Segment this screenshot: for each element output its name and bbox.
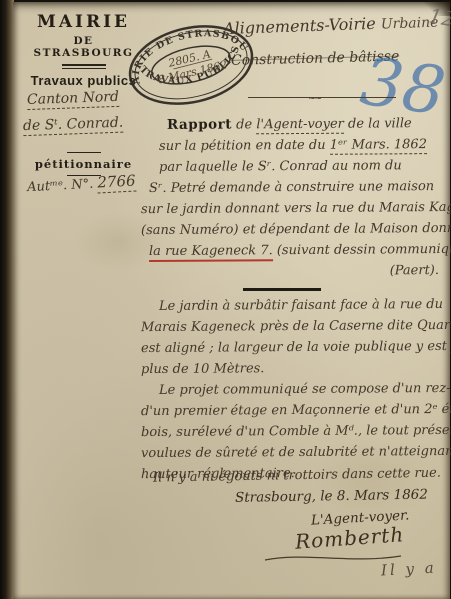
report-line: d'un premier étage en Maçonnerie et d'un…: [141, 399, 451, 422]
report-line: Marais Kageneck près de la Caserne dite …: [141, 315, 451, 338]
canton-value: Canton Nord: [27, 89, 120, 110]
petitioner-name: de Sᵗ. Conrad.: [23, 114, 145, 134]
report-body: Rapport de l'Agent-voyer de la ville sur…: [141, 114, 451, 484]
report-line: sur la pétition en date du 1ᵉʳ Mars. 186…: [141, 134, 451, 157]
report-line: (Paert).: [141, 260, 451, 283]
report-line: plus de 10 Mètres.: [141, 357, 451, 380]
report-line: Rapport de l'Agent-voyer de la ville: [141, 113, 451, 136]
report-line: (sans Numéro) et dépendant de la Maison …: [141, 218, 451, 241]
petitioner-label: pétitionnaire: [21, 157, 146, 171]
document-page: MAIRIE DE STRASBOURG Travaux publics Can…: [13, 2, 450, 599]
report-line: bois, surélevé d'un Comble à Mᵈ., le tou…: [141, 420, 451, 443]
header-divider: ~~: [248, 94, 396, 100]
letterhead-rule: [62, 64, 106, 69]
canton-field: Canton Nord: [27, 88, 145, 108]
bottom-margin-note: Il y a: [381, 559, 438, 580]
letterhead-title: MAIRIE: [21, 12, 146, 32]
report-line: Le jardin à surbâtir faisant face à la r…: [141, 294, 451, 317]
section-divider: [243, 288, 321, 291]
auth-label: Autᵐᵉ. N°.: [27, 177, 94, 195]
scan-binding-edge: [0, 0, 14, 599]
rule: [67, 152, 101, 153]
divider-line: [248, 97, 396, 98]
divider-squiggle: ~~: [308, 94, 321, 104]
report-line: par laquelle le Sʳ. Conrad au nom du: [141, 155, 451, 178]
dateline: Strasbourg, le 8. Mars 1862: [235, 486, 451, 506]
report-line: Sʳ. Petré demande à construire une maiso…: [141, 176, 451, 199]
report-title: Rapport: [167, 116, 232, 132]
report-line: voulues de sûreté et de salubrité et n'a…: [141, 441, 451, 464]
report-line: Le projet communiqué se compose d'un rez…: [141, 378, 451, 401]
subject-line-1: Alignements-Voirie Urbaine: [223, 11, 451, 38]
report-line: sur le jardin donnant vers la rue du Mar…: [141, 197, 451, 220]
report-line: la rue Kageneck 7. (suivant dessin commu…: [141, 239, 451, 262]
red-underlined-address: la rue Kageneck 7.: [149, 243, 273, 262]
auth-number: 2766: [97, 172, 136, 194]
report-line: est aligné ; la largeur de la voie publi…: [141, 336, 451, 359]
